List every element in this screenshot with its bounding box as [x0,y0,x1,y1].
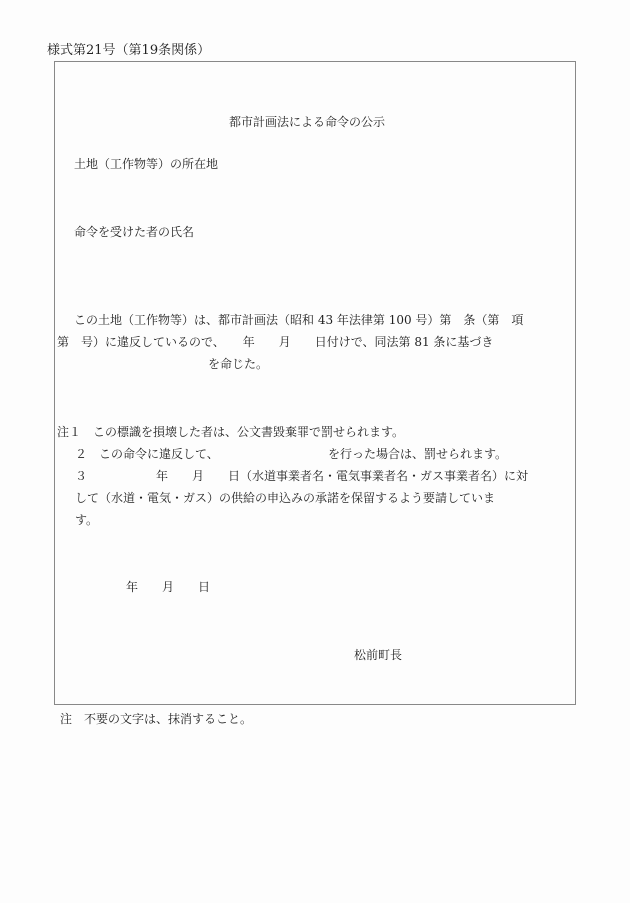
body-line-1: この土地（工作物等）は、都市計画法（昭和 43 年法律第 100 号）第 条（第… [74,313,523,327]
recipient-name-label: 命令を受けた者の氏名 [74,225,194,239]
date-line: 年 月 日 [126,580,210,594]
body-line-2: 第 号）に違反しているので、 年 月 日付けで、同法第 81 条に基づき [57,335,493,349]
note-2-end: を行った場合は、罰せられます。 [328,447,507,461]
note-2-start: ２ この命令に違反して、 [75,447,219,461]
note-3-line-3: す。 [75,513,98,527]
form-number-label: 様式第21号（第19条関係） [47,44,210,58]
note-3-line-2: して（水道・電気・ガス）の供給の申込みの承諾を保留するよう要請していま [75,491,495,505]
body-line-3: を命じた。 [208,357,268,371]
footer-note: 注 不要の文字は、抹消すること。 [60,712,252,726]
note-3-line-1: 年 月 日（水道事業者名・電気事業者名・ガス事業者名）に対 [156,469,528,483]
notice-title: 都市計画法による命令の公示 [229,115,385,129]
signer-title: 松前町長 [354,648,402,662]
note-1: 注１ この標識を損壊した者は、公文書毀棄罪で罰せられます。 [57,425,404,439]
note-3-number: ３ [75,469,87,483]
location-label: 土地（工作物等）の所在地 [74,157,218,171]
